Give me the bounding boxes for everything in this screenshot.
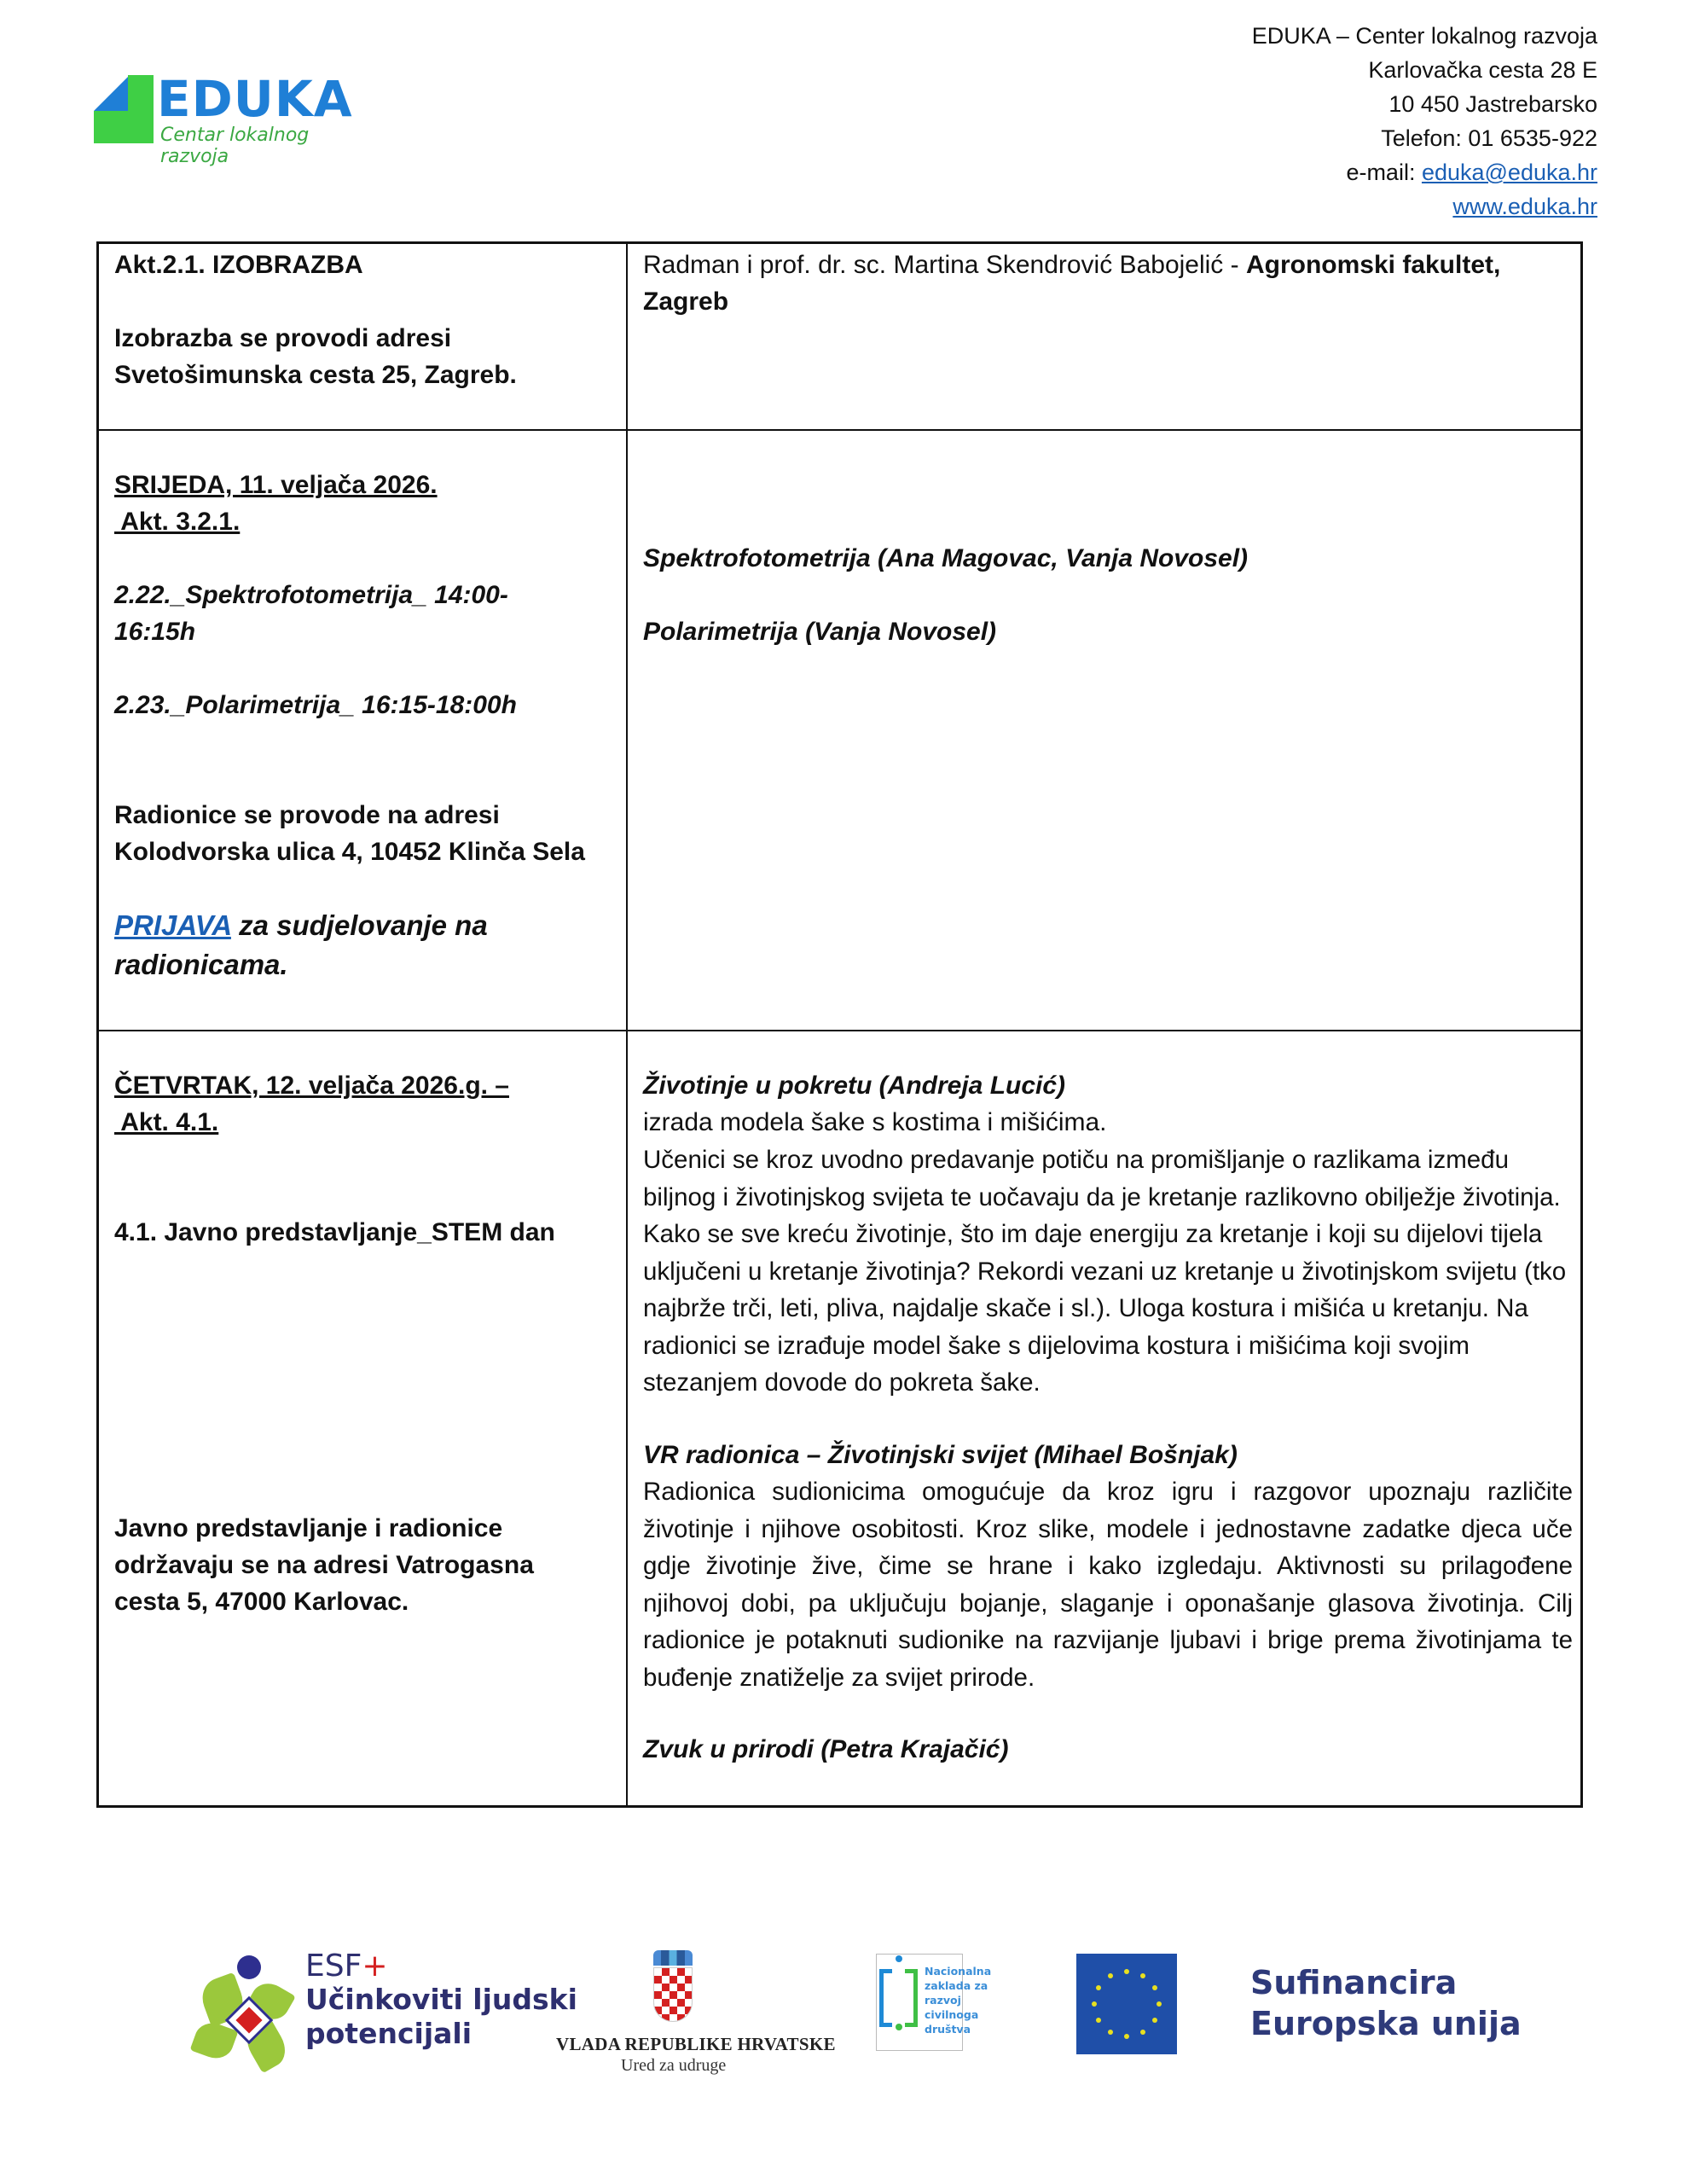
row1-location-line1: Izobrazba se provodi adresi: [114, 320, 451, 357]
workshop-title: Zvuk u prirodi (Petra Krajačić): [643, 1731, 1008, 1768]
row2-activity: Akt. 3.2.1.: [114, 503, 240, 540]
contact-email-row: e-mail: eduka@eduka.hr: [1252, 155, 1597, 189]
row2-signup: PRIJAVA za sudjelovanje na: [114, 906, 488, 945]
dot-icon: [896, 2024, 902, 2030]
eu-star-icon: [1124, 1969, 1129, 1974]
row2-session2: 2.23._Polarimetrija_ 16:15-18:00h: [114, 687, 517, 723]
nzrcd-line: Nacionalna: [925, 1964, 991, 1978]
contact-block: EDUKA – Center lokalnog razvoja Karlovač…: [1252, 19, 1597, 224]
workshop-description: Učenici se kroz uvodno predavanje potiču…: [643, 1141, 1573, 1402]
nzrcd-text: Nacionalna zaklada za razvoj civilnoga d…: [925, 1964, 991, 2036]
logo-wordmark: EDUKA: [157, 70, 353, 128]
eu-flag-icon: [1076, 1954, 1177, 2054]
row1-institution-city: Zagreb: [643, 283, 728, 320]
row1-title: Akt.2.1. IZOBRAZBA: [114, 247, 363, 283]
workshop-description: Radionica sudionicima omogućuje da kroz …: [643, 1473, 1573, 1696]
row3-location-line2: održavaju se na adresi Vatrogasna: [114, 1547, 534, 1583]
row2-location-line1: Radionice se provode na adresi: [114, 797, 500, 834]
workshop-title: VR radionica – Životinjski svijet (Mihae…: [643, 1437, 1238, 1473]
contact-email-label: e-mail:: [1346, 160, 1422, 185]
logo-tagline: Centar lokalnog razvoja: [160, 125, 367, 167]
row1-lecturers-names: Radman i prof. dr. sc. Martina Skendrovi…: [643, 251, 1246, 279]
eu-star-icon: [1092, 2001, 1097, 2007]
row3-date: ČETVRTAK, 12. veljača 2026.g. –: [114, 1067, 509, 1104]
table-cell-right: Radman i prof. dr. sc. Martina Skendrovi…: [628, 244, 1580, 429]
vlada-title: VLADA REPUBLIKE HRVATSKE: [556, 2034, 836, 2055]
logo-mark-blue: [94, 77, 128, 111]
contact-website-link[interactable]: www.eduka.hr: [1452, 194, 1597, 219]
eu-star-icon: [1096, 2018, 1101, 2023]
row1-institution: Agronomski fakultet,: [1246, 251, 1500, 279]
logo-mark-green: [128, 75, 154, 143]
eu-text: Sufinancira Europska unija: [1250, 1962, 1522, 2044]
esf-subtitle-line2: potencijali: [305, 2017, 577, 2051]
eu-star-icon: [1157, 2001, 1162, 2007]
croatian-crown-icon: [653, 1950, 693, 1966]
row1-lecturers: Radman i prof. dr. sc. Martina Skendrovi…: [643, 247, 1500, 283]
row2-item-polarimetrija: Polarimetrija (Vanja Novosel): [643, 613, 996, 650]
bracket-right-icon: [905, 1969, 918, 2027]
row2-signup-line2: radionicama.: [114, 945, 288, 985]
eu-star-icon: [1152, 1985, 1157, 1990]
esf-subtitle-line1: Učinkoviti ljudski: [305, 1983, 577, 2017]
eu-star-icon: [1140, 1973, 1145, 1978]
nzrcd-line: društva: [925, 2022, 991, 2036]
contact-phone: Telefon: 01 6535-922: [1252, 121, 1597, 155]
table-cell-right: Spektrofotometrija (Ana Magovac, Vanja N…: [628, 431, 1580, 1030]
table-row: Akt.2.1. IZOBRAZBA Izobrazba se provodi …: [99, 244, 1580, 431]
bracket-left-icon: [879, 1969, 892, 2027]
row3-location-line1: Javno predstavljanje i radionice: [114, 1510, 502, 1547]
nzrcd-line: zaklada za: [925, 1978, 991, 1993]
esf-plus: +: [362, 1949, 387, 1984]
table-cell-left: Akt.2.1. IZOBRAZBA Izobrazba se provodi …: [99, 244, 628, 429]
nzrcd-line: razvoj: [925, 1993, 991, 2007]
schedule-table: Akt.2.1. IZOBRAZBA Izobrazba se provodi …: [96, 241, 1583, 1808]
row1-location-line2: Svetošimunska cesta 25, Zagreb.: [114, 357, 517, 393]
vlada-subtitle: Ured za udruge: [621, 2056, 726, 2076]
row3-session: 4.1. Javno predstavljanje_STEM dan: [114, 1214, 555, 1251]
prijava-link[interactable]: PRIJAVA: [114, 909, 231, 941]
esf-text: ESF+ Učinkoviti ljudski potencijali: [305, 1950, 577, 2051]
eu-star-icon: [1108, 1973, 1113, 1978]
eu-star-icon: [1108, 2030, 1113, 2035]
esf-figure-head-icon: [237, 1955, 261, 1979]
table-row: ČETVRTAK, 12. veljača 2026.g. – Akt. 4.1…: [99, 1031, 1580, 1805]
esf-title: ESF: [305, 1949, 362, 1984]
workshop-subtitle: izrada modela šake s kostima i mišićima.: [643, 1104, 1107, 1141]
contact-org: EDUKA – Center lokalnog razvoja: [1252, 19, 1597, 53]
contact-website-row: www.eduka.hr: [1252, 189, 1597, 224]
row2-session1-line1: 2.22._Spektrofotometrija_ 14:00-: [114, 577, 508, 613]
dot-icon: [896, 1955, 902, 1962]
table-cell-right: Životinje u pokretu (Andreja Lucić) izra…: [628, 1031, 1580, 1805]
logo-mark-green-lower: [94, 111, 128, 143]
eu-star-icon: [1096, 1985, 1101, 1990]
eu-line2: Europska unija: [1250, 2003, 1522, 2044]
row2-signup-text: za sudjelovanje na: [231, 909, 488, 941]
row2-date: SRIJEDA, 11. veljača 2026.: [114, 467, 438, 503]
table-cell-left: SRIJEDA, 11. veljača 2026. Akt. 3.2.1. 2…: [99, 431, 628, 1030]
workshop-title: Životinje u pokretu (Andreja Lucić): [643, 1067, 1065, 1104]
nzrcd-line: civilnoga: [925, 2007, 991, 2022]
contact-address-city: 10 450 Jastrebarsko: [1252, 87, 1597, 121]
table-cell-left: ČETVRTAK, 12. veljača 2026.g. – Akt. 4.1…: [99, 1031, 628, 1805]
row2-session1-line2: 16:15h: [114, 613, 195, 650]
row3-location-line3: cesta 5, 47000 Karlovac.: [114, 1583, 409, 1620]
eu-line1: Sufinancira: [1250, 1962, 1522, 2003]
row2-location-line2: Kolodvorska ulica 4, 10452 Klinča Sela: [114, 834, 585, 870]
row2-item-spektrofotometrija: Spektrofotometrija (Ana Magovac, Vanja N…: [643, 540, 1248, 577]
eduka-logo: EDUKA Centar lokalnog razvoja: [94, 75, 367, 160]
contact-address-street: Karlovačka cesta 28 E: [1252, 53, 1597, 87]
contact-email-link[interactable]: eduka@eduka.hr: [1422, 160, 1597, 185]
eu-star-icon: [1140, 2030, 1145, 2035]
row3-activity: Akt. 4.1.: [114, 1104, 218, 1141]
eu-star-icon: [1152, 2018, 1157, 2023]
croatian-coat-of-arms-icon: [653, 1967, 693, 2022]
eu-star-icon: [1124, 2034, 1129, 2039]
table-row: SRIJEDA, 11. veljača 2026. Akt. 3.2.1. 2…: [99, 431, 1580, 1031]
